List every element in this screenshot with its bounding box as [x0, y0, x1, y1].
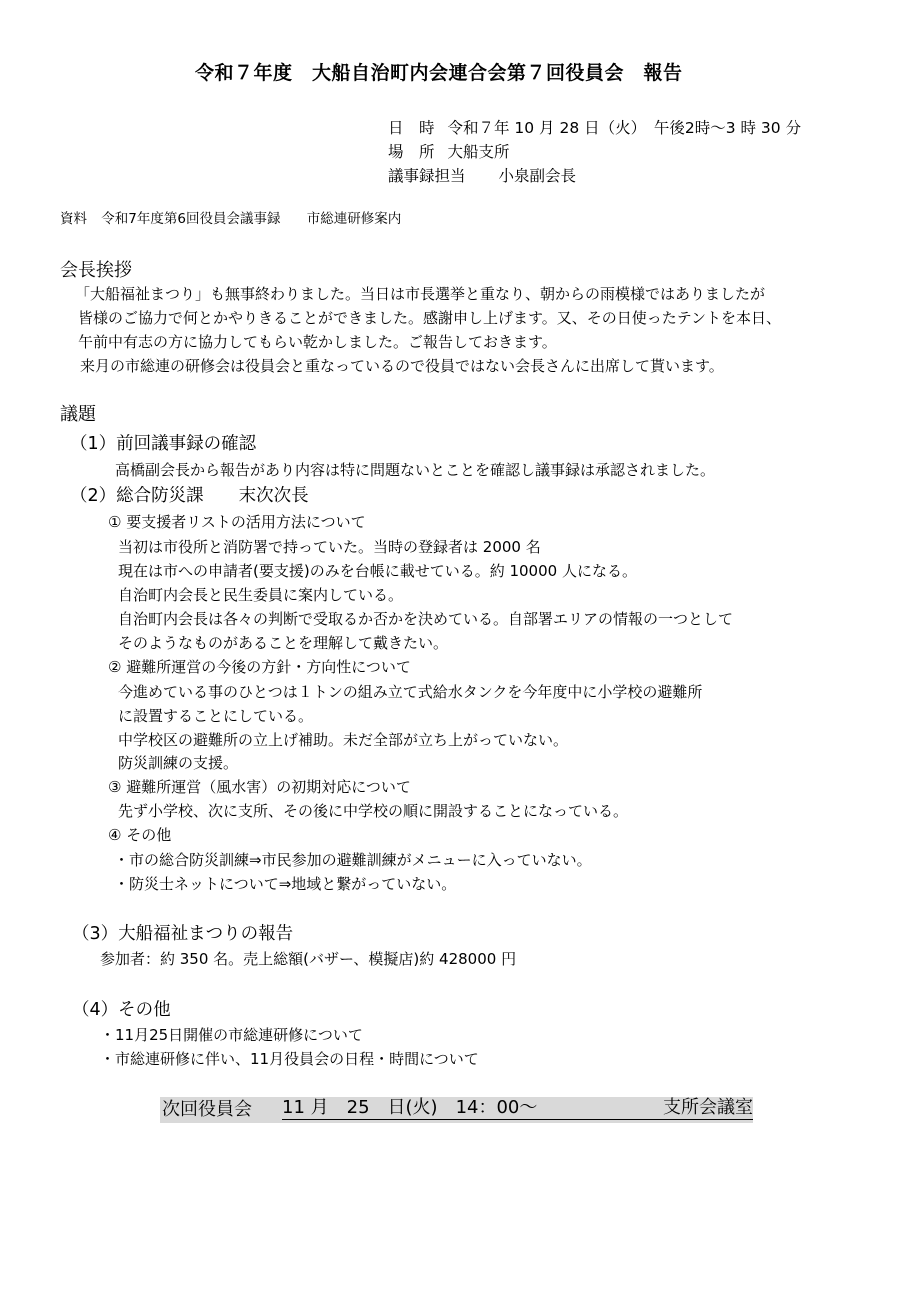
subitem-line: に設置することにしている。 [118, 705, 313, 726]
materials-label: 資料 [60, 211, 87, 227]
greeting-line: 皆様のご協力で何とかやりきることができました。感謝申し上げます。又、その日使った… [78, 307, 781, 328]
subitem-line: 自治町内会長と民生委員に案内している。 [118, 584, 403, 605]
meeting-datetime: 日 時 令和７年 10 月 28 日（火） 午後2時～3 時 30 分 [388, 116, 801, 138]
agenda-line: 高橋副会長から報告があり内容は特に問題ないとことを確認し議事録は承認されました。 [115, 459, 715, 480]
material-item: 令和7年度第6回役員会議事録 [101, 211, 280, 227]
subitem-title: ③ 避難所運営（風水害）の初期対応について [108, 776, 411, 797]
subitem-line: そのようなものがあることを理解して戴きたい。 [118, 632, 448, 653]
agenda-item-title: （3）大船福祉まつりの報告 [72, 920, 293, 945]
place-value: 大船支所 [447, 143, 509, 161]
agenda-line: ・11月25日開催の市総連研修について [100, 1024, 363, 1045]
subitem-line: 現在は市への申請者(要支援)のみを台帳に載せている。約 10000 人になる。 [118, 560, 637, 581]
next-meeting-banner: 次回役員会 11 月 25 日(火) 14：00～ 支所会議室 [160, 1097, 753, 1123]
next-meeting-datetime: 11 月 25 日(火) 14：00～ [282, 1097, 537, 1118]
greeting-line: 「大船福祉まつり」も無事終わりました。当日は市長選挙と重なり、朝からの雨模様では… [75, 283, 765, 304]
subitem-line: ・市の総合防災訓練⇒市民参加の避難訓練がメニューに入っていない。 [114, 849, 592, 870]
subitem-line: 中学校区の避難所の立上げ補助。未だ全部が立ち上がっていない。 [118, 729, 568, 750]
subitem-line: 防災訓練の支援。 [118, 752, 238, 773]
material-item: 市総連研修案内 [307, 211, 402, 227]
meeting-place: 場 所 大船支所 [388, 140, 509, 162]
report-title: 令和７年度 大船自治町内会連合会第７回役員会 報告 [195, 58, 683, 85]
subitem-line: 自治町内会長は各々の判断で受取るか否かを決めている。自部署エリアの情報の一つとし… [118, 608, 733, 629]
agenda-item-title: （2）総合防災課 末次次長 [70, 482, 309, 507]
agenda-line: ・市総連研修に伴い、11月役員会の日程・時間について [100, 1048, 479, 1069]
next-meeting-underline: 11 月 25 日(火) 14：00～ 支所会議室 [282, 1097, 753, 1120]
materials-line: 資料 令和7年度第6回役員会議事録 市総連研修案内 [60, 207, 401, 227]
subitem-title: ④ その他 [108, 824, 171, 845]
agenda-item-title: （1）前回議事録の確認 [70, 430, 256, 455]
greeting-heading: 会長挨拶 [60, 256, 132, 282]
recorder-label: 議事録担当 [388, 167, 466, 185]
subitem-line: 当初は市役所と消防署で持っていた。当時の登録者は 2000 名 [118, 536, 541, 557]
agenda-item-title: （4）その他 [72, 996, 171, 1021]
subitem-title: ① 要支援者リストの活用方法について [108, 511, 366, 532]
greeting-line: 午前中有志の方に協力してもらい乾かしました。ご報告しておきます。 [78, 331, 557, 352]
greeting-line: 来月の市総連の研修会は役員会と重なっているので役員ではない会長さんに出席して貰い… [80, 355, 724, 376]
next-meeting-label: 次回役員会 [162, 1097, 252, 1123]
subitem-line: 今進めている事のひとつは１トンの組み立て式給水タンクを今年度中に小学校の避難所 [118, 681, 702, 702]
meeting-recorder: 議事録担当 小泉副会長 [388, 164, 576, 186]
recorder-value: 小泉副会長 [498, 167, 576, 185]
agenda-heading: 議題 [60, 400, 96, 426]
subitem-line: ・防災士ネットについて⇒地域と繋がっていない。 [114, 873, 456, 894]
subitem-title: ② 避難所運営の今後の方針・方向性について [108, 656, 411, 677]
datetime-label: 日 時 [388, 119, 435, 137]
next-meeting-room: 支所会議室 [663, 1097, 753, 1119]
datetime-value: 令和７年 10 月 28 日（火） 午後2時～3 時 30 分 [447, 119, 801, 137]
agenda-line: 参加者：約 350 名。売上総額(バザー、模擬店)約 428000 円 [100, 948, 516, 969]
place-label: 場 所 [388, 143, 435, 161]
subitem-line: 先ず小学校、次に支所、その後に中学校の順に開設することになっている。 [118, 800, 628, 821]
